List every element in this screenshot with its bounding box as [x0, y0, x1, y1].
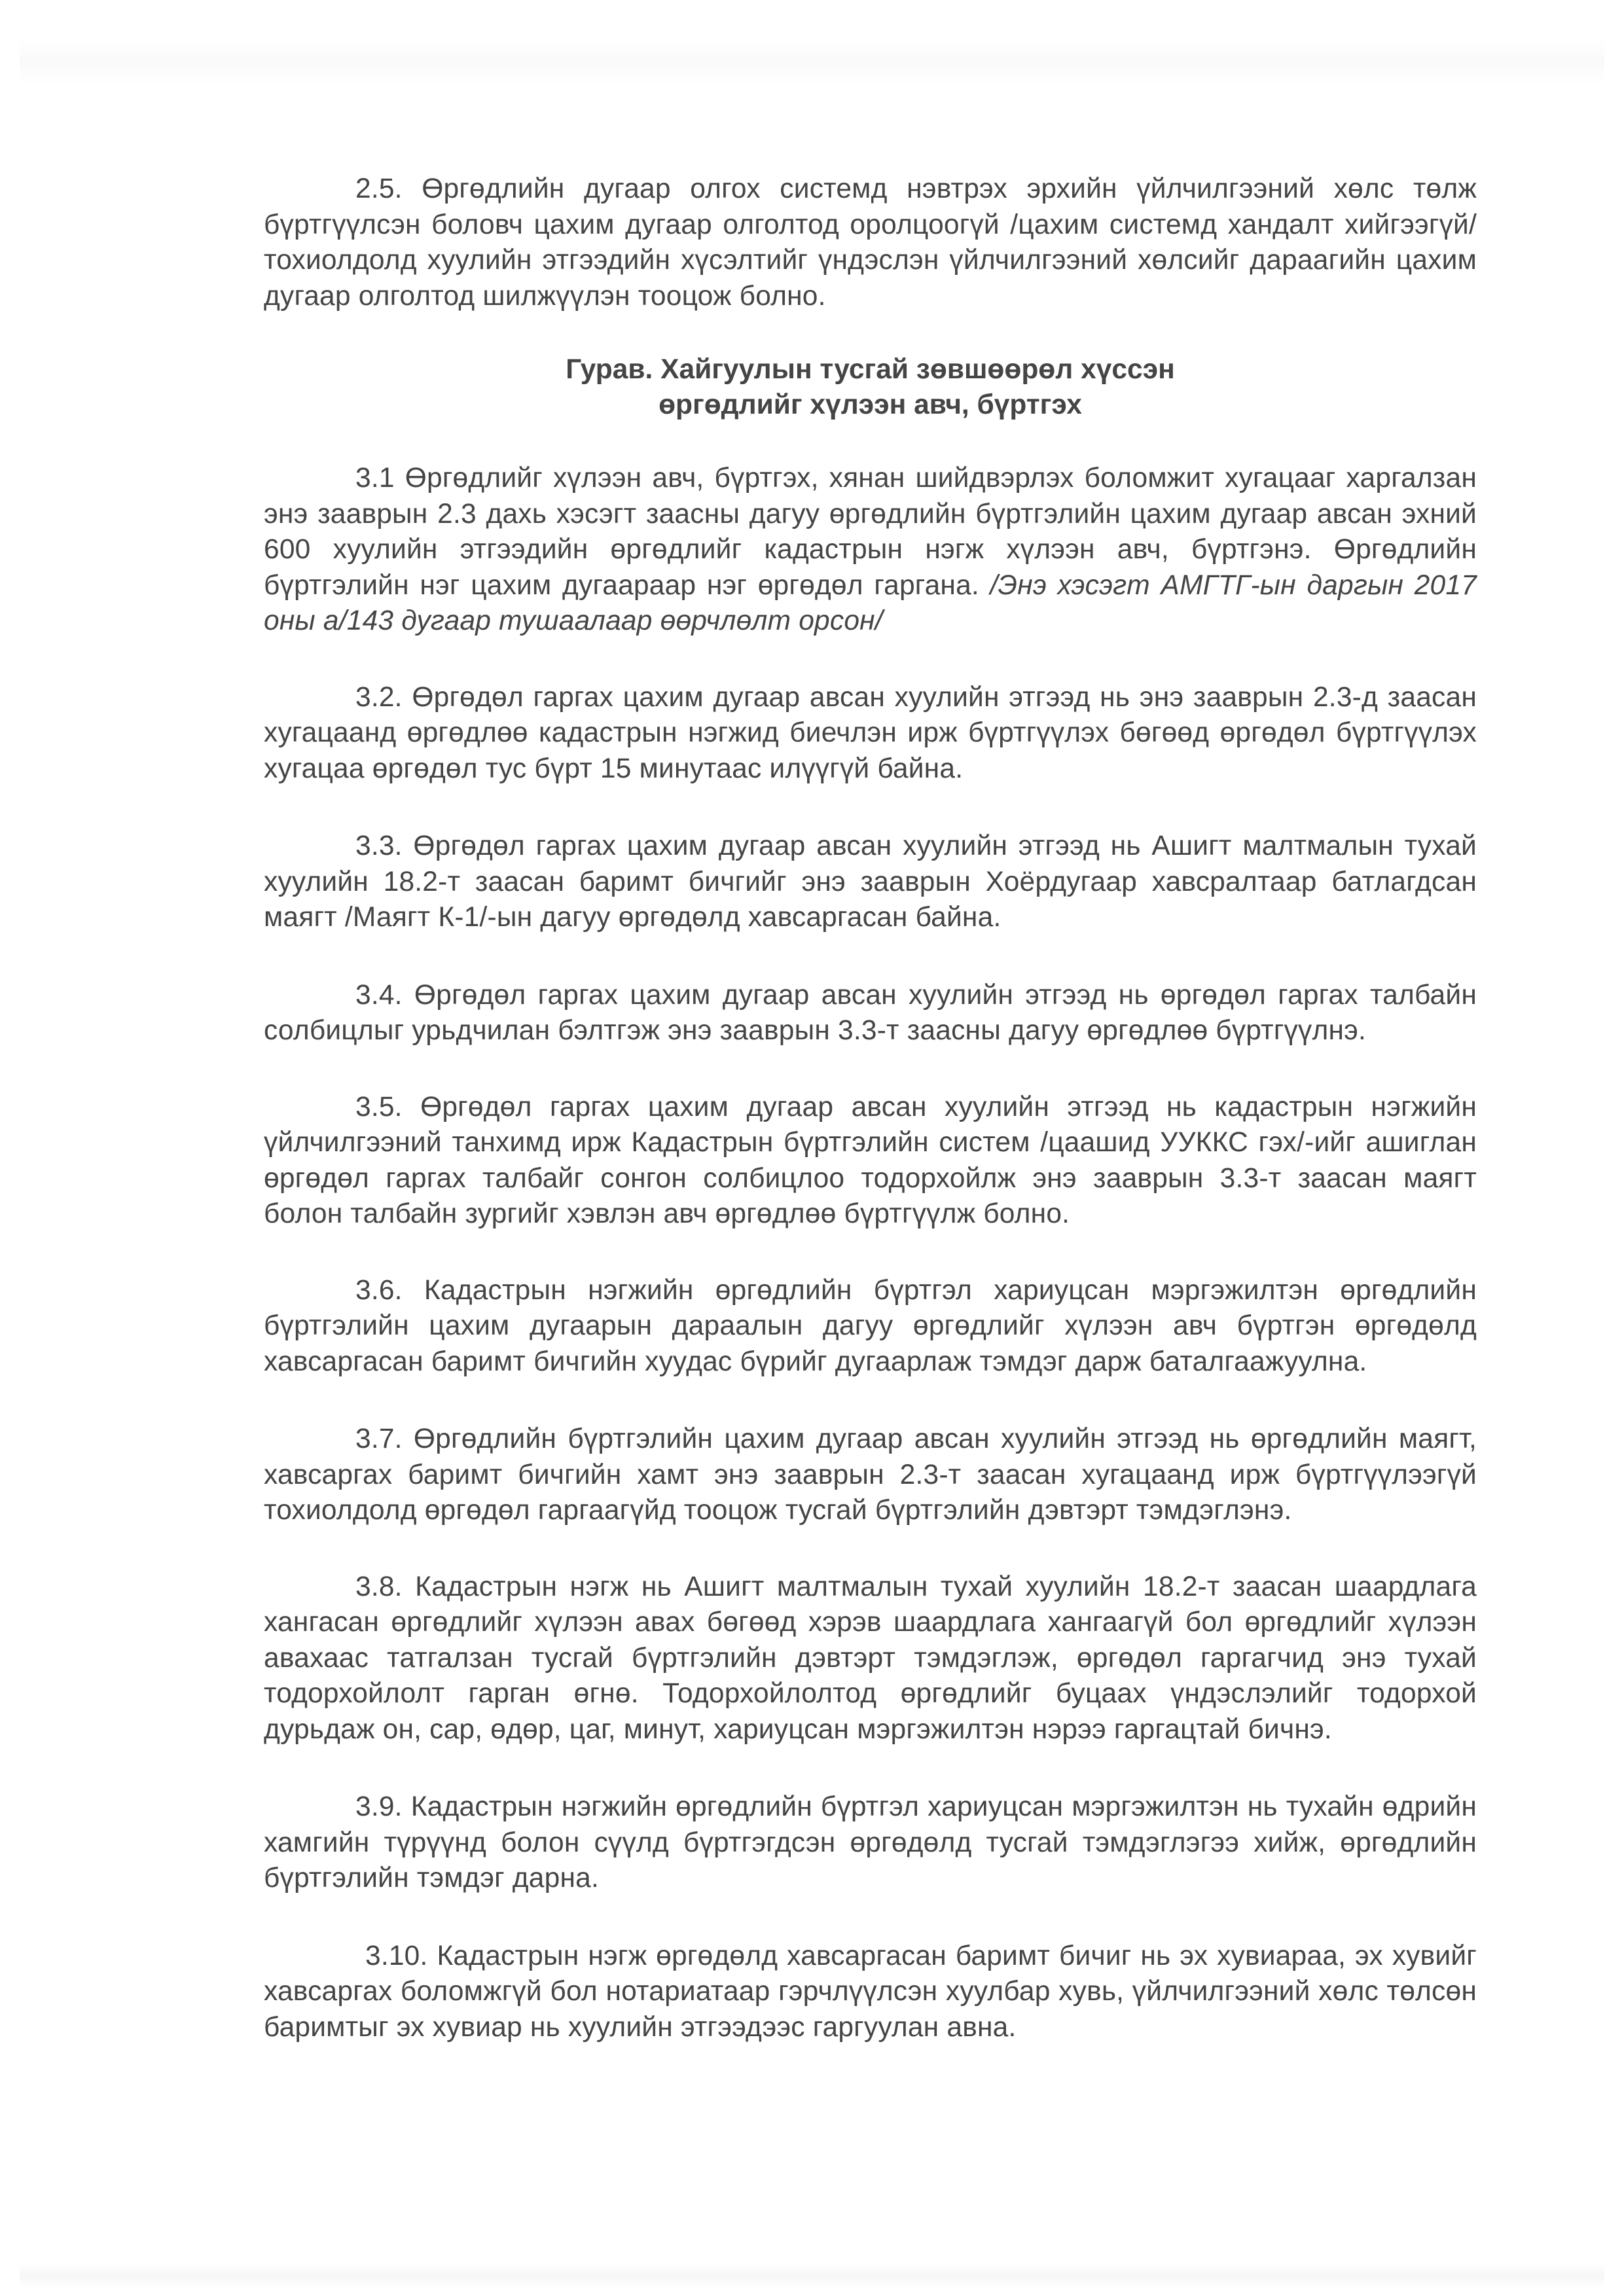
paragraph-3-6: 3.6. Кадастрын нэгжийн өргөдлийн бүртгэл…	[264, 1273, 1477, 1380]
scan-bleed-top	[20, 39, 1604, 85]
paragraph-3-5: 3.5. Өргөдөл гаргах цахим дугаар авсан х…	[264, 1090, 1477, 1232]
section-heading-line-2: өргөдлийг хүлээн авч, бүртгэх	[264, 387, 1477, 423]
section-heading-line-1: Гурав. Хайгуулын тусгай зөвшөөрөл хүссэн	[264, 352, 1477, 387]
paragraph-3-7: 3.7. Өргөдлийн бүртгэлийн цахим дугаар а…	[264, 1422, 1477, 1529]
paragraph-2-5: 2.5. Өргөдлийн дугаар олгох системд нэвт…	[264, 171, 1477, 314]
paragraph-3-10: 3.10. Кадастрын нэгж өргөдөлд хавсаргаса…	[264, 1939, 1477, 2046]
paragraph-3-3: 3.3. Өргөдөл гаргах цахим дугаар авсан х…	[264, 829, 1477, 936]
paragraph-3-4: 3.4. Өргөдөл гаргах цахим дугаар авсан х…	[264, 978, 1477, 1049]
scan-bleed-bottom	[20, 2261, 1604, 2287]
paragraph-3-9: 3.9. Кадастрын нэгжийн өргөдлийн бүртгэл…	[264, 1789, 1477, 1897]
document-page: 2.5. Өргөдлийн дугаар олгох системд нэвт…	[264, 171, 1477, 2045]
paragraph-3-2: 3.2. Өргөдөл гаргах цахим дугаар авсан х…	[264, 680, 1477, 787]
paragraph-3-1: 3.1 Өргөдлийг хүлээн авч, бүртгэх, хянан…	[264, 461, 1477, 639]
paragraph-3-8: 3.8. Кадастрын нэгж нь Ашигт малтмалын т…	[264, 1570, 1477, 1748]
section-heading: Гурав. Хайгуулын тусгай зөвшөөрөл хүссэн…	[264, 352, 1477, 423]
